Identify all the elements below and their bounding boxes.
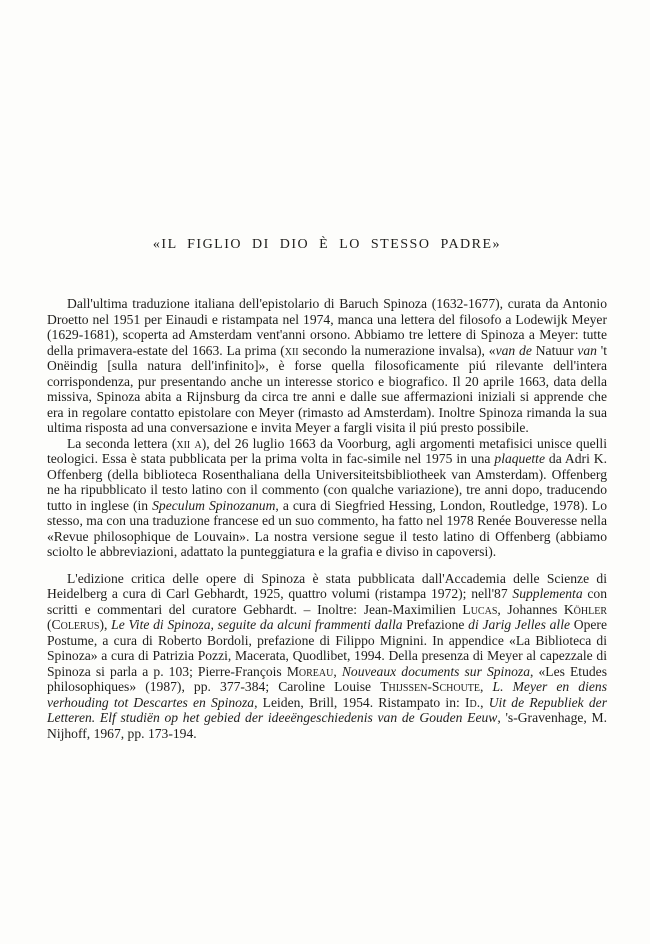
text-segment: , Johannes (497, 602, 563, 617)
text-segment: Natuur (532, 343, 577, 358)
text-segment: xii (285, 343, 299, 358)
text-segment: , (480, 679, 493, 694)
paragraph-intro: Dall'ultima traduzione italiana dell'epi… (47, 296, 607, 436)
text-segment: van (577, 343, 597, 358)
text-segment: Köhler (564, 602, 607, 617)
text-segment: Supplementa (512, 586, 582, 601)
text-segment: , Leiden, Brill, 1954. Ristampato in: (254, 695, 465, 710)
text-segment: La seconda lettera ( (67, 436, 176, 451)
text-segment: Prefazione (406, 617, 468, 632)
page-title: «IL FIGLIO DI DIO È LO STESSO PADRE» (47, 238, 607, 252)
text-segment: , (333, 664, 341, 679)
text-segment: Moreau (287, 664, 334, 679)
text-segment: xii a (176, 436, 201, 451)
text-segment: , (480, 695, 489, 710)
body-text: Dall'ultima traduzione italiana dell'epi… (47, 296, 607, 741)
text-segment: Le Vite di Spinoza, seguite da alcuni fr… (111, 617, 406, 632)
text-segment: Id. (465, 695, 480, 710)
text-segment: Speculum Spinozanum (152, 498, 275, 513)
book-page: «IL FIGLIO DI DIO È LO STESSO PADRE» Dal… (0, 0, 650, 944)
text-segment: ), (100, 617, 112, 632)
text-segment: van de (496, 343, 532, 358)
paragraph-bibliographic-note: L'edizione critica delle opere di Spinoz… (47, 571, 607, 742)
text-segment: Thijssen-Schoute (380, 679, 480, 694)
text-segment: Nouveaux documents sur Spinoza (342, 664, 530, 679)
text-segment: Colerus (52, 617, 100, 632)
text-segment: secondo la numerazione invalsa), « (299, 343, 496, 358)
text-segment: Lucas (462, 602, 497, 617)
text-segment: plaquette (494, 451, 545, 466)
text-segment: di Jarig Jelles alle (468, 617, 574, 632)
paragraph-second-letter: La seconda lettera (xii a), del 26 lugli… (47, 436, 607, 560)
